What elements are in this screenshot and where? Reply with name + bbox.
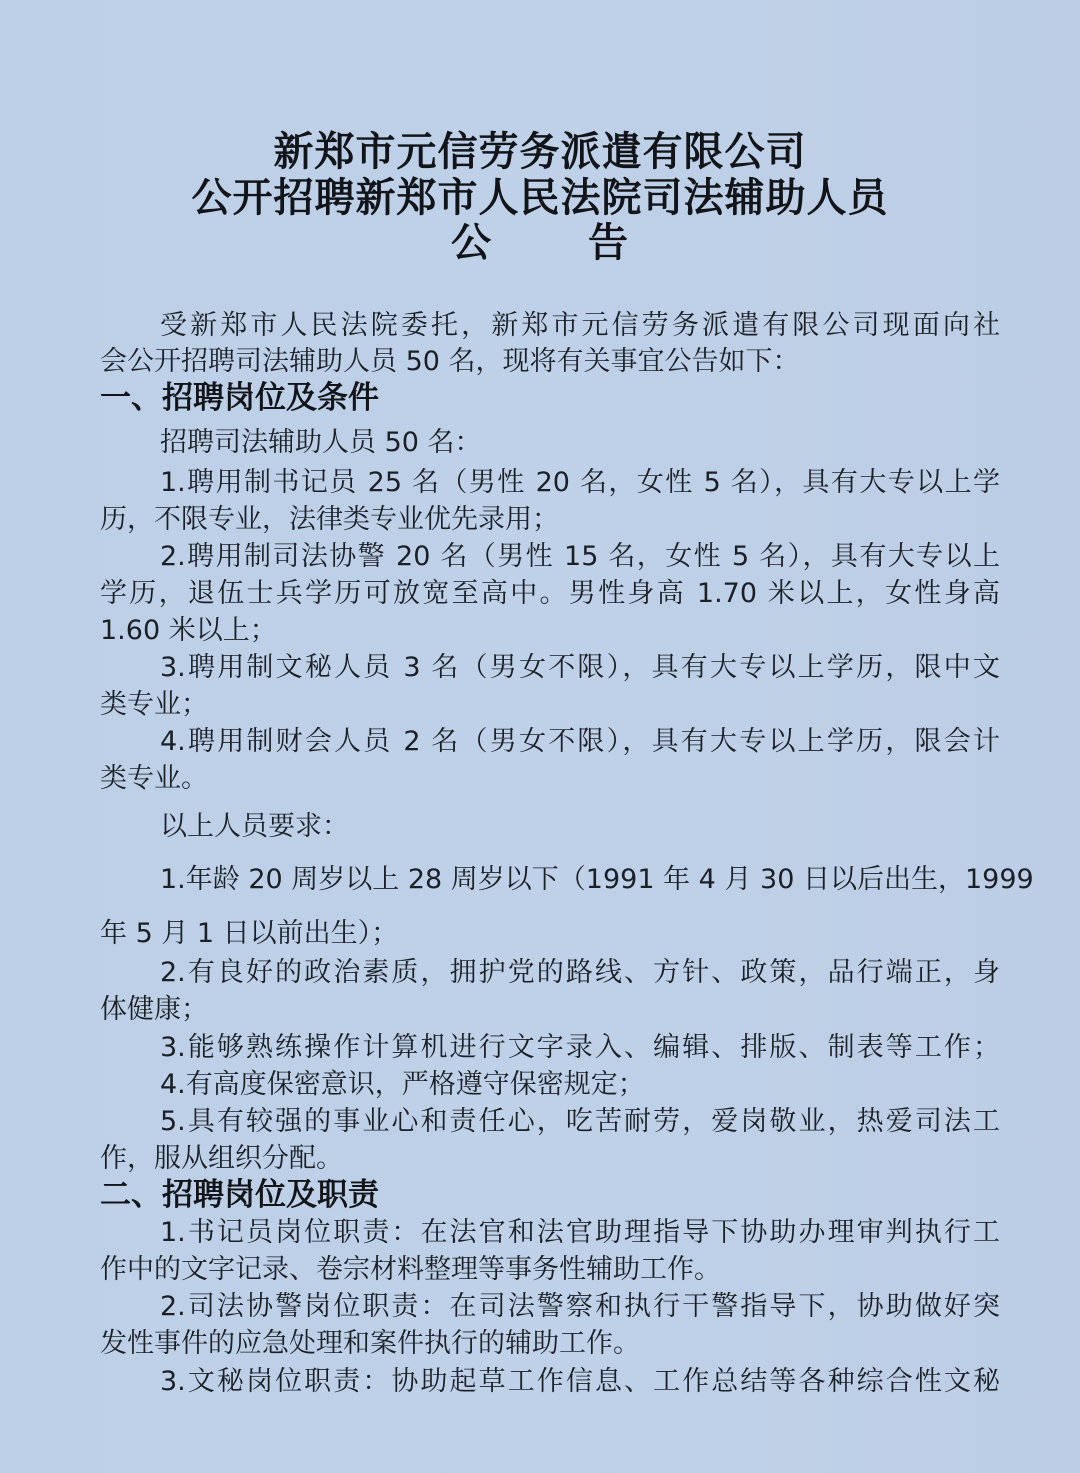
requirement-5-line-2: 作，服从组织分配。 <box>100 1142 1000 1176</box>
duty-1-line-1: 1.书记员岗位职责：在法官和法官助理指导下协助办理审判执行工 <box>160 1216 1000 1250</box>
section-2-heading: 二、招聘岗位及职责 <box>100 1177 379 1213</box>
notice-page: 新郑市元信劳务派遣有限公司 公开招聘新郑市人民法院司法辅助人员 公告 受新郑市人… <box>0 0 1080 1473</box>
requirement-3-line-1: 3.能够熟练操作计算机进行文字录入、编辑、排版、制表等工作； <box>160 1031 1000 1065</box>
section-1-summary: 招聘司法辅助人员 50 名： <box>160 426 1000 460</box>
position-2-line-1: 2.聘用制司法协警 20 名（男性 15 名，女性 5 名），具有大专以上 <box>160 540 1000 574</box>
position-1-line-1: 1.聘用制书记员 25 名（男性 20 名，女性 5 名），具有大专以上学 <box>160 466 1000 500</box>
position-3-line-2: 类专业； <box>100 688 1000 722</box>
duty-2-line-1: 2.司法协警岗位职责：在司法警察和执行干警指导下，协助做好突 <box>160 1290 1000 1324</box>
duty-3-line-1: 3.文秘岗位职责：协助起草工作信息、工作总结等各种综合性文秘 <box>160 1365 1000 1399</box>
requirement-5-line-1: 5.具有较强的事业心和责任心，吃苦耐劳，爱岗敬业，热爱司法工 <box>160 1105 1000 1139</box>
intro-line-2: 会公开招聘司法辅助人员 50 名，现将有关事宜公告如下： <box>100 345 1000 379</box>
title-notice-char-1: 公 <box>451 220 492 266</box>
title-notice: 公告 <box>0 220 1080 266</box>
requirement-4-line-1: 4.有高度保密意识，严格遵守保密规定； <box>160 1068 1000 1102</box>
position-2-line-2: 学历，退伍士兵学历可放宽至高中。男性身高 1.70 米以上，女性身高 <box>100 577 1000 611</box>
position-1-line-2: 历，不限专业，法律类专业优先录用； <box>100 503 1000 537</box>
duty-1-line-2: 作中的文字记录、卷宗材料整理等事务性辅助工作。 <box>100 1253 1000 1287</box>
position-4-line-2: 类专业。 <box>100 762 1000 796</box>
title-company: 新郑市元信劳务派遣有限公司 <box>0 129 1080 175</box>
title-notice-char-2: 告 <box>588 220 629 266</box>
requirement-2-line-1: 2.有良好的政治素质，拥护党的路线、方针、政策，品行端正，身 <box>160 956 1000 990</box>
position-3-line-1: 3.聘用制文秘人员 3 名（男女不限），具有大专以上学历，限中文 <box>160 651 1000 685</box>
requirement-1-line-1: 1.年龄 20 周岁以上 28 周岁以下（1991 年 4 月 30 日以后出生… <box>160 863 1000 897</box>
title-subject: 公开招聘新郑市人民法院司法辅助人员 <box>0 175 1080 221</box>
position-2-line-3: 1.60 米以上； <box>100 614 1000 648</box>
position-4-line-1: 4.聘用制财会人员 2 名（男女不限），具有大专以上学历，限会计 <box>160 725 1000 759</box>
intro-line-1: 受新郑市人民法院委托，新郑市元信劳务派遣有限公司现面向社 <box>160 309 1000 343</box>
requirements-label: 以上人员要求： <box>160 810 1000 844</box>
requirement-1-line-2: 年 5 月 1 日以前出生）； <box>100 917 1000 951</box>
duty-2-line-2: 发性事件的应急处理和案件执行的辅助工作。 <box>100 1327 1000 1361</box>
section-1-heading: 一、招聘岗位及条件 <box>100 380 379 416</box>
requirement-2-line-2: 体健康； <box>100 993 1000 1027</box>
